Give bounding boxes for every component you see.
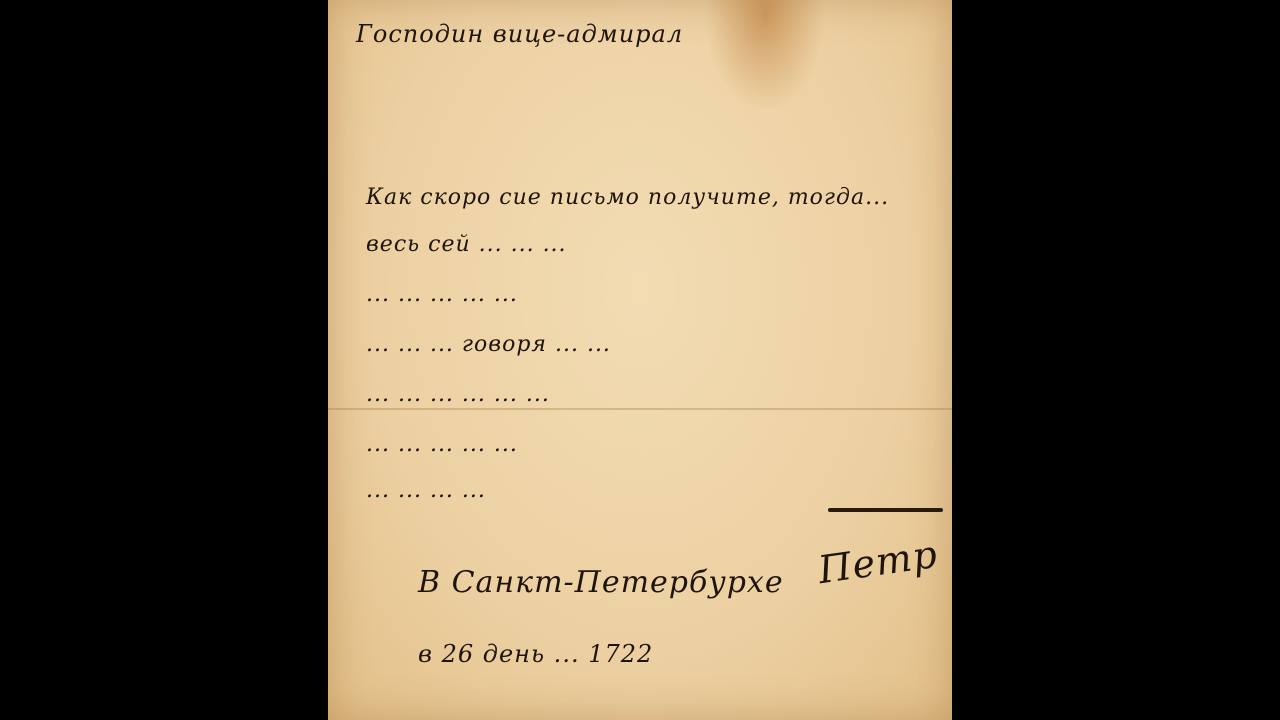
body-line: Как скоро сие письмо получите, тогда...	[366, 185, 889, 210]
paper-fold	[328, 408, 952, 410]
body-line: весь сей ... ... ...	[366, 232, 567, 257]
letter-header: Господин вице-адмирал	[356, 20, 683, 48]
signature: Петр	[816, 532, 941, 592]
closing-date: в 26 день ... 1722	[418, 640, 653, 668]
body-line: ... ... ... ...	[366, 478, 486, 503]
ink-flourish	[828, 508, 943, 512]
letter-paper: Господин вице-адмирал Как скоро сие пись…	[328, 0, 952, 720]
body-line: ... ... ... говоря ... ...	[366, 332, 611, 357]
body-line: ... ... ... ... ...	[366, 432, 518, 457]
closing-place: В Санкт-Петербурхе	[418, 565, 784, 600]
body-line: ... ... ... ... ... ...	[366, 382, 550, 407]
body-line: ... ... ... ... ...	[366, 282, 518, 307]
